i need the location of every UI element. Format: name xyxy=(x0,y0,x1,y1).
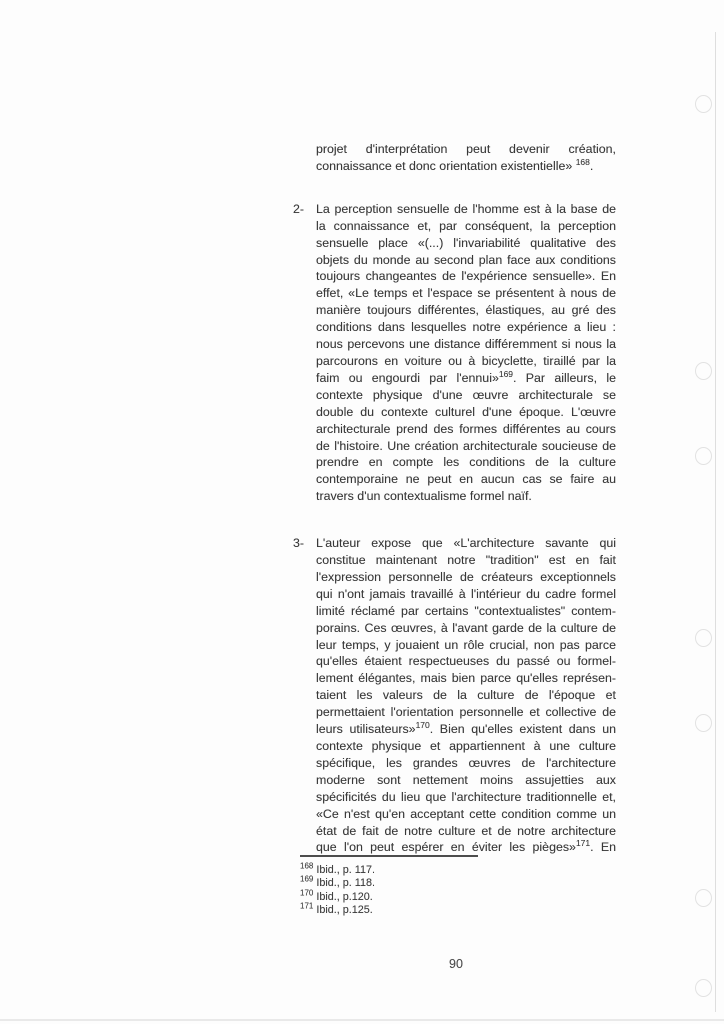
footnote-list: 168 Ibid., p. 117.169 Ibid., p. 118.170 … xyxy=(300,864,520,918)
text-line: que l'on peut espérer en éviter les pièg… xyxy=(316,839,616,856)
text-line: spécifique, les grandes œuvres de l'arch… xyxy=(316,755,616,772)
text-line: porains. Ces œuvres, à l'avant garde de … xyxy=(316,620,616,637)
text-line: objets du monde au second plan face aux … xyxy=(316,252,616,269)
text-line: contexte physique d'une œuvre architectu… xyxy=(316,387,616,404)
footnote: 169 Ibid., p. 118. xyxy=(300,877,520,891)
scan-artifact-vertical-line xyxy=(715,32,716,1012)
text-line: spécificités du lieu que l'architecture … xyxy=(316,789,616,806)
body-text: projet d'interprétation peut devenir cré… xyxy=(316,141,616,886)
footnotes-section: 168 Ibid., p. 117.169 Ibid., p. 118.170 … xyxy=(300,855,520,918)
text-line: la connaissance et, par conséquent, la p… xyxy=(316,218,616,235)
footnote: 170 Ibid., p.120. xyxy=(300,891,520,905)
text-line: faim ou engourdi par l'ennui»169. Par ai… xyxy=(316,370,616,387)
binder-hole-artifact xyxy=(695,362,712,380)
text-line: manière toujours différentes, élastiques… xyxy=(316,302,616,319)
text-line: lement élégantes, mais bien parce qu'ell… xyxy=(316,670,616,687)
text-line: qui n'ont jamais travaillé à l'intérieur… xyxy=(316,586,616,603)
text-line: leurs utilisateurs»170. Bien qu'elles ex… xyxy=(316,721,616,738)
text-line: architecturale prend des formes différen… xyxy=(316,421,616,438)
text-line: nous percevons une distance différemment… xyxy=(316,336,616,353)
text-line: conditions dans lesquelles notre expérie… xyxy=(316,319,616,336)
text-line: l'expression personnelle de créateurs ex… xyxy=(316,569,616,586)
text-line: sensuelle place «(...) l'invariabilité q… xyxy=(316,235,616,252)
binder-hole-artifact xyxy=(695,979,712,997)
page-number: 90 xyxy=(449,957,463,971)
footnote-separator-rule xyxy=(300,855,478,857)
numbered-paragraph: 2-La perception sensuelle de l'homme est… xyxy=(316,201,616,505)
text-line: travers d'un contextualisme formel naïf. xyxy=(316,488,616,505)
binder-hole-artifact xyxy=(695,714,712,732)
list-number: 3- xyxy=(293,535,304,552)
footnote: 168 Ibid., p. 117. xyxy=(300,864,520,878)
numbered-paragraph: 3-L'auteur expose que «L'architecture sa… xyxy=(316,535,616,856)
list-number: 2- xyxy=(293,201,304,218)
text-line: La perception sensuelle de l'homme est à… xyxy=(316,201,616,218)
text-line: taient les valeurs de la culture de l'ép… xyxy=(316,687,616,704)
text-line: L'auteur expose que «L'architecture sava… xyxy=(316,535,616,552)
text-line: «Ce n'est qu'en acceptant cette conditio… xyxy=(316,806,616,823)
binder-hole-artifact xyxy=(695,889,712,907)
binder-hole-artifact xyxy=(695,95,712,113)
text-line: constitue maintenant notre "tradition" e… xyxy=(316,552,616,569)
footnote: 171 Ibid., p.125. xyxy=(300,904,520,918)
text-line: permettaient l'orientation personnelle e… xyxy=(316,704,616,721)
text-line: limité réclamé par certains "contextuali… xyxy=(316,603,616,620)
binder-hole-artifact xyxy=(695,447,712,465)
scanned-document-page: projet d'interprétation peut devenir cré… xyxy=(0,0,724,1024)
text-line: connaissance et donc orientation existen… xyxy=(316,158,616,175)
text-line: contexte physique et appartiennent à une… xyxy=(316,738,616,755)
text-line: parcourons en voiture ou à bicyclette, t… xyxy=(316,353,616,370)
scan-artifact-bottom-edge-line xyxy=(0,1019,724,1021)
text-line: double du contexte culturel d'une époque… xyxy=(316,404,616,421)
text-line: contemporaine ne peut en aucun cas se fa… xyxy=(316,471,616,488)
text-line: qu'elles étaient respectueuses du passé … xyxy=(316,653,616,670)
text-line: toujours changeantes de l'expérience sen… xyxy=(316,268,616,285)
text-line: effet, «Le temps et l'espace se présente… xyxy=(316,285,616,302)
paragraph: projet d'interprétation peut devenir cré… xyxy=(316,141,616,175)
text-line: prendre en compte les conditions de la c… xyxy=(316,454,616,471)
text-line: projet d'interprétation peut devenir cré… xyxy=(316,141,616,158)
text-line: moderne sont nettement moins assujetties… xyxy=(316,772,616,789)
text-line: état de fait de notre culture et de notr… xyxy=(316,823,616,840)
binder-hole-artifact xyxy=(695,629,712,647)
text-line: de l'histoire. Une création architectura… xyxy=(316,438,616,455)
text-line: leur temps, y jouaient un rôle crucial, … xyxy=(316,637,616,654)
